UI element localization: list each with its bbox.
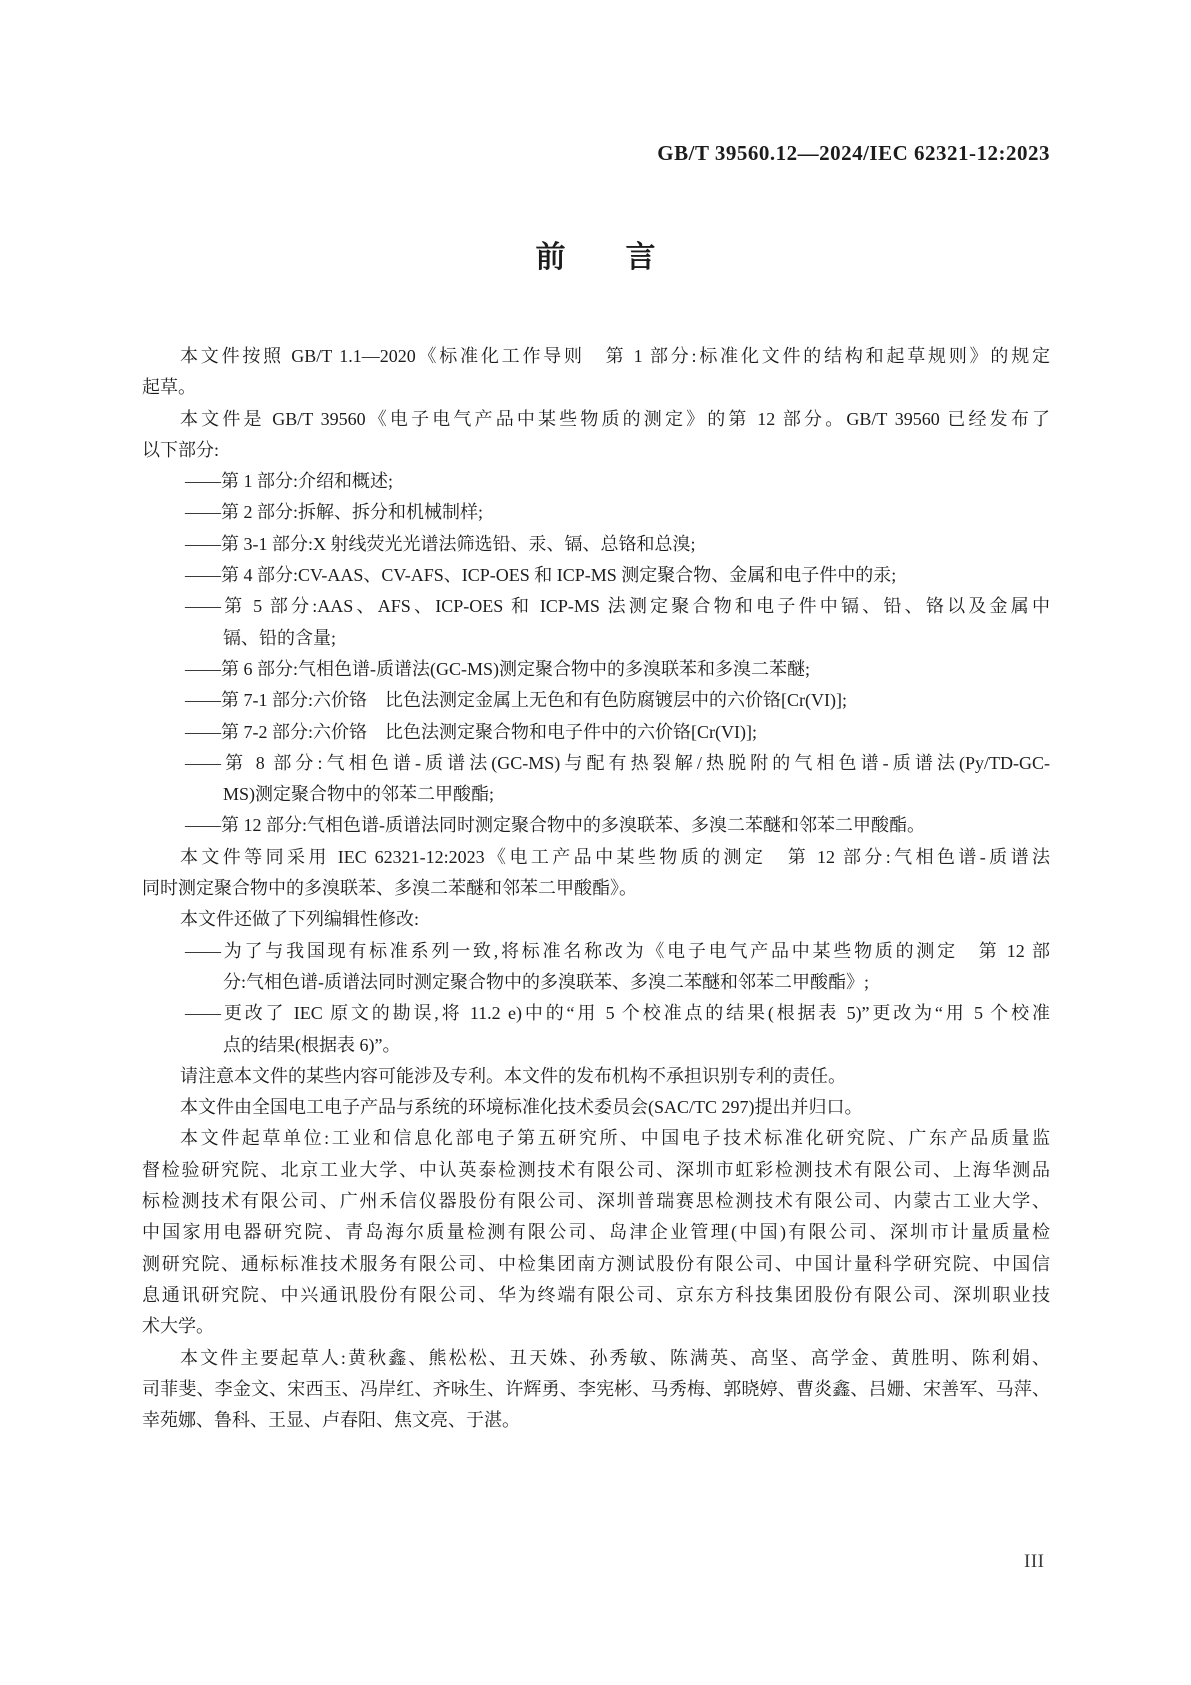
text-line: ——第 7-1 部分:六价铬 比色法测定金属上无色和有色防腐镀层中的六价铬[Cr… [142, 685, 1050, 716]
text-line: 本文件起草单位:工业和信息化部电子第五研究所、中国电子技术标准化研究院、广东产品… [142, 1123, 1050, 1154]
text-line: MS)测定聚合物中的邻苯二甲酸酯; [142, 779, 1050, 810]
text-line: ——更改了 IEC 原文的勘误,将 11.2 e)中的“用 5 个校准点的结果(… [142, 998, 1050, 1029]
text-line: 司菲斐、李金文、宋西玉、冯岸红、齐咏生、许辉勇、李宪彬、马秀梅、郭晓婷、曹炎鑫、… [142, 1374, 1050, 1405]
text-line: ——第 7-2 部分:六价铬 比色法测定聚合物和电子件中的六价铬[Cr(VI)]… [142, 717, 1050, 748]
text-line: ——第 1 部分:介绍和概述; [142, 466, 1050, 497]
foreword-body: 本文件按照 GB/T 1.1—2020《标准化工作导则 第 1 部分:标准化文件… [142, 341, 1050, 1436]
text-line: 本文件是 GB/T 39560《电子电气产品中某些物质的测定》的第 12 部分。… [142, 404, 1050, 435]
text-line: ——第 8 部分:气相色谱-质谱法(GC-MS)与配有热裂解/热脱附的气相色谱-… [142, 748, 1050, 779]
text-line: 中国家用电器研究院、青岛海尔质量检测有限公司、岛津企业管理(中国)有限公司、深圳… [142, 1217, 1050, 1248]
text-line: 以下部分: [142, 435, 1050, 466]
standard-code: GB/T 39560.12—2024/IEC 62321-12:2023 [657, 141, 1050, 166]
text-line: 本文件由全国电工电子产品与系统的环境标准化技术委员会(SAC/TC 297)提出… [142, 1092, 1050, 1123]
text-line: ——为了与我国现有标准系列一致,将标准名称改为《电子电气产品中某些物质的测定 第… [142, 936, 1050, 967]
text-line: 同时测定聚合物中的多溴联苯、多溴二苯醚和邻苯二甲酸酯》。 [142, 873, 1050, 904]
text-line: 本文件还做了下列编辑性修改: [142, 904, 1050, 935]
text-line: 息通讯研究院、中兴通讯股份有限公司、华为终端有限公司、京东方科技集团股份有限公司… [142, 1280, 1050, 1311]
page-title: 前 言 [0, 240, 1191, 276]
text-line: 镉、铅的含量; [142, 623, 1050, 654]
page-number: III [1024, 1551, 1044, 1573]
text-line: ——第 3-1 部分:X 射线荧光光谱法筛选铅、汞、镉、总铬和总溴; [142, 529, 1050, 560]
text-line: ——第 4 部分:CV-AAS、CV-AFS、ICP-OES 和 ICP-MS … [142, 560, 1050, 591]
text-line: 本文件按照 GB/T 1.1—2020《标准化工作导则 第 1 部分:标准化文件… [142, 341, 1050, 372]
text-line: 起草。 [142, 372, 1050, 403]
text-line: 督检验研究院、北京工业大学、中认英泰检测技术有限公司、深圳市虹彩检测技术有限公司… [142, 1155, 1050, 1186]
text-line: ——第 2 部分:拆解、拆分和机械制样; [142, 497, 1050, 528]
text-line: 术大学。 [142, 1311, 1050, 1342]
text-line: 测研究院、通标标准技术服务有限公司、中检集团南方测试股份有限公司、中国计量科学研… [142, 1249, 1050, 1280]
text-line: 本文件等同采用 IEC 62321-12:2023《电工产品中某些物质的测定 第… [142, 842, 1050, 873]
text-line: 本文件主要起草人:黄秋鑫、熊松松、丑天姝、孙秀敏、陈满英、高坚、高学金、黄胜明、… [142, 1343, 1050, 1374]
text-line: ——第 6 部分:气相色谱-质谱法(GC-MS)测定聚合物中的多溴联苯和多溴二苯… [142, 654, 1050, 685]
text-line: 分:气相色谱-质谱法同时测定聚合物中的多溴联苯、多溴二苯醚和邻苯二甲酸酯》; [142, 967, 1050, 998]
text-line: 标检测技术有限公司、广州禾信仪器股份有限公司、深圳普瑞赛思检测技术有限公司、内蒙… [142, 1186, 1050, 1217]
text-line: 请注意本文件的某些内容可能涉及专利。本文件的发布机构不承担识别专利的责任。 [142, 1061, 1050, 1092]
text-line: ——第 5 部分:AAS、AFS、ICP-OES 和 ICP-MS 法测定聚合物… [142, 591, 1050, 622]
text-line: ——第 12 部分:气相色谱-质谱法同时测定聚合物中的多溴联苯、多溴二苯醚和邻苯… [142, 810, 1050, 841]
text-line: 点的结果(根据表 6)”。 [142, 1030, 1050, 1061]
text-line: 幸苑娜、鲁科、王显、卢春阳、焦文亮、于湛。 [142, 1405, 1050, 1436]
document-page: GB/T 39560.12—2024/IEC 62321-12:2023 前 言… [0, 0, 1191, 1685]
